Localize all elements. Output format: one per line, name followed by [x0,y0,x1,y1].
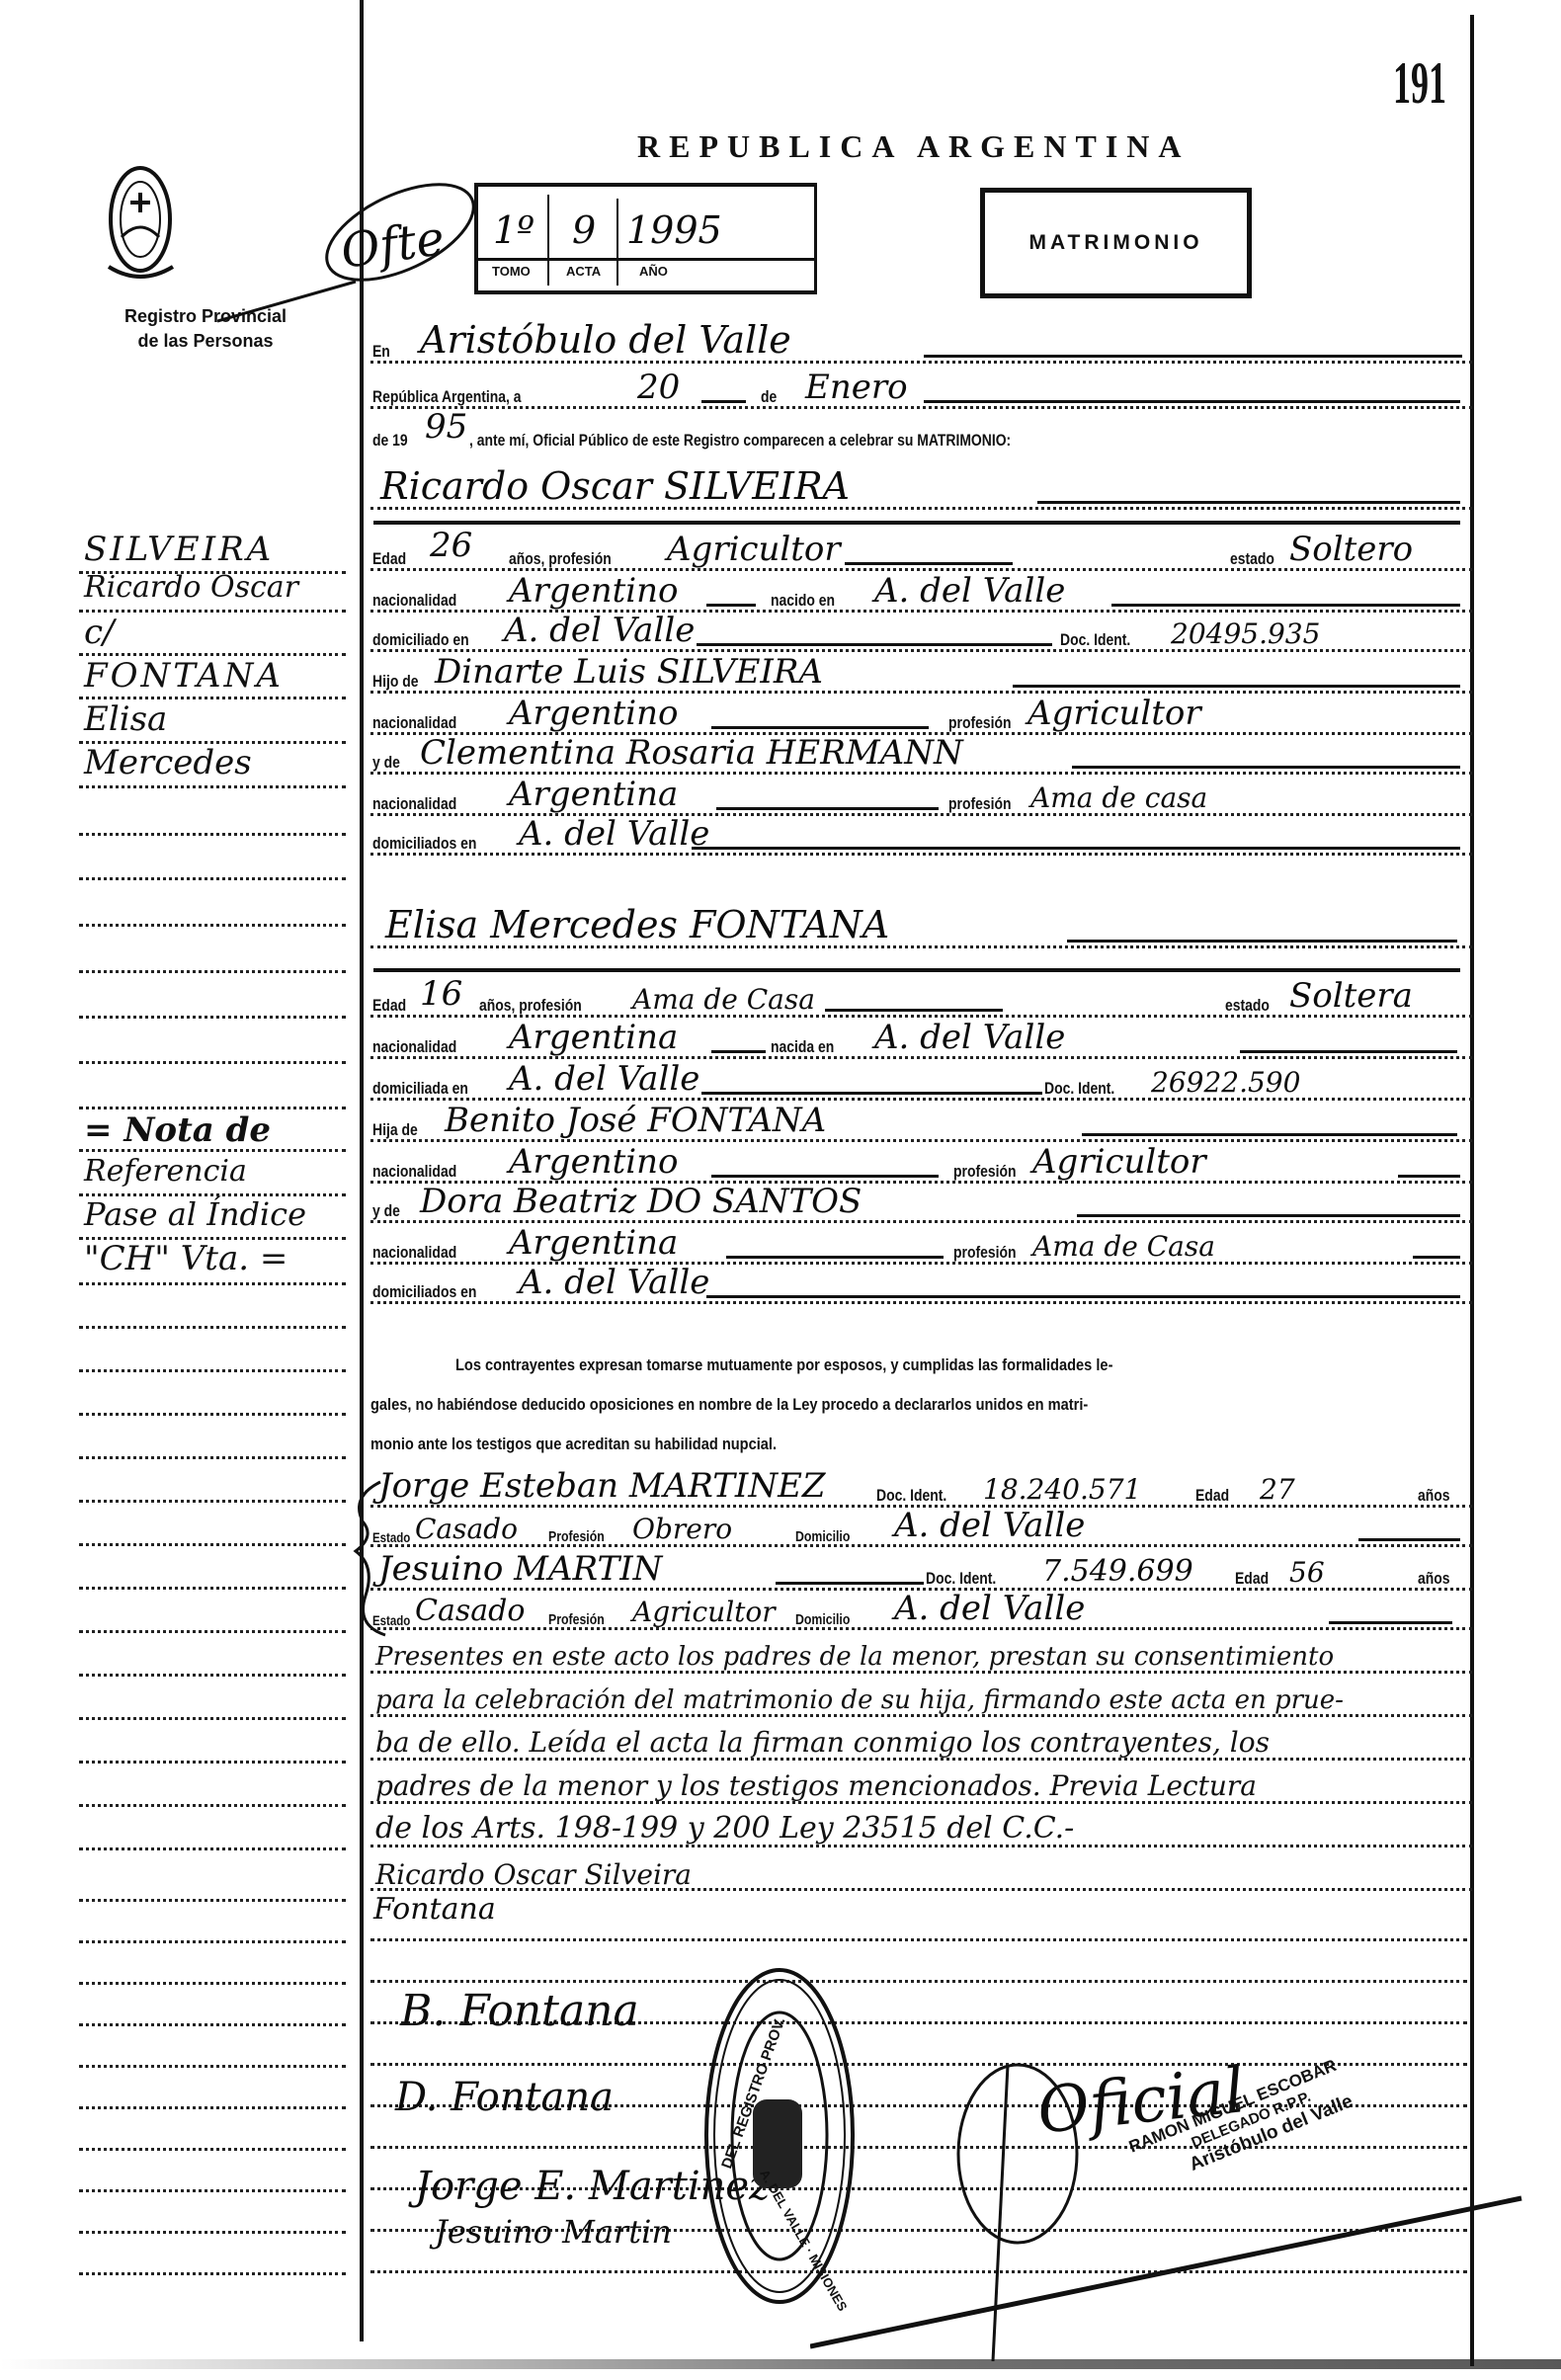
signature-2: B. Fontana [400,1986,639,2036]
hija-de-label: Hija de [372,1120,418,1140]
nacionalidad-label: nacionalidad [372,1037,456,1057]
declaration-line-1: Los contrayentes expresan tomarse mutuam… [370,1346,1462,1385]
bride-status: Soltera [1289,976,1413,1016]
profesion-label: profesión [948,794,1012,814]
acta-label: ACTA [566,264,601,279]
note-line-2: para la celebración del matrimonio de su… [370,1680,1472,1719]
hijo-de-label: Hijo de [372,672,418,692]
place-value: Aristóbulo del Valle [420,318,791,362]
groom-father-row: Hijo de Dinarte Luis SILVEIRA [370,656,1472,696]
signature-1: Fontana [373,1892,496,1927]
nacionalidad-label: nacionalidad [372,794,456,814]
bride-domicile: A. del Valle [509,1059,699,1099]
edad-label: Edad [372,996,406,1016]
groom-age-row: Edad 26 años, profesión Agricultor estad… [370,533,1472,573]
nacionalidad-label: nacionalidad [372,713,456,733]
groom-mother-row: y de Clementina Rosaria HERMANN [370,737,1472,777]
witness-1-status: Casado [415,1513,518,1545]
note-text-6: Ricardo Oscar Silveira [375,1858,692,1891]
bride-parents-domicile: A. del Valle [519,1263,709,1302]
republica-label: República Argentina, a [372,387,522,407]
tomo-value: 1º [493,208,534,252]
tomo-label: TOMO [492,264,531,279]
place-row: En Aristóbulo del Valle [370,326,1472,366]
groom-mother: Clementina Rosaria HERMANN [420,733,963,773]
note-line-1: Presentes en este acto los padres de la … [370,1636,1472,1676]
groom-birthplace: A. del Valle [874,571,1065,611]
anos-profesion-label: años, profesión [509,549,612,569]
day-value: 20 [637,368,680,407]
margin-divider [360,0,364,2341]
doc-ident-label: Doc. Ident. [876,1486,946,1506]
declaration-line-2: gales, no habiéndose deducido oposicione… [370,1385,1462,1425]
witness-2-name: Jesuino MARTIN [378,1549,662,1589]
declaration-line-3: monio ante los testigos que acreditan su… [370,1425,1462,1464]
groom-status: Soltero [1289,530,1413,569]
profesion-label: Profesión [548,1611,605,1628]
bride-mother-profession: Ama de Casa [1032,1230,1215,1263]
bride-nationality-row: nacionalidad Argentina nacida en A. del … [370,1022,1472,1061]
coat-of-arms-icon [104,158,178,287]
provincial-coat-of-arms [104,158,178,287]
bride-full-name: Elisa Mercedes FONTANA [385,903,889,946]
bride-father-row: Hija de Benito José FONTANA [370,1105,1472,1144]
ano-value: 1995 [626,208,722,252]
note-text-2: para la celebración del matrimonio de su… [375,1685,1344,1715]
groom-mother-profession: Ama de casa [1030,781,1207,814]
nacionalidad-label: nacionalidad [372,1243,456,1263]
bride-domicile-row: domiciliada en A. del Valle Doc. Ident. … [370,1063,1472,1103]
bride-father-profession: Agricultor [1032,1142,1206,1182]
margin-entry-5: Elisa [84,699,167,739]
groom-age: 26 [430,526,472,565]
record-type-box: MATRIMONIO [980,188,1252,298]
witness-2-doc-id: 7.549.699 [1042,1554,1193,1589]
witness-bracket-icon [351,1477,390,1640]
note-line-4: padres de la menor y los testigos mencio… [370,1766,1472,1806]
witness-2-age: 56 [1289,1556,1325,1589]
doc-ident-label: Doc. Ident. [926,1569,996,1589]
margin-entry-3: c/ [84,613,115,652]
bride-age: 16 [420,974,462,1014]
month-value: Enero [805,368,908,407]
country-title: REPUBLICA ARGENTINA [637,128,1191,165]
profesion-label: profesión [953,1162,1017,1182]
anos-profesion-label: años, profesión [479,996,582,1016]
groom-domicile: A. del Valle [504,611,695,650]
date-row: República Argentina, a 20 de Enero [370,371,1472,411]
y-de-label: y de [372,1201,400,1221]
edad-label: Edad [372,549,406,569]
witness-1-details-row: Estado Casado Profesión Obrero Domicilio… [370,1510,1472,1549]
year-row: de 19 95 , ante mí, Oficial Público de e… [370,415,1472,454]
declaration-paragraph: Los contrayentes expresan tomarse mutuam… [370,1346,1462,1464]
witness-1-age: 27 [1260,1473,1295,1506]
bride-name-row: Elisa Mercedes FONTANA [370,911,1472,950]
groom-father-nationality: Argentino [509,694,679,733]
appearance-statement: , ante mí, Oficial Público de este Regis… [469,431,1011,451]
profesion-label: Profesión [548,1528,605,1545]
doc-ident-label: Doc. Ident. [1044,1079,1114,1099]
domicilio-label: Domicilio [795,1611,850,1628]
estado-label: estado [1230,549,1274,569]
witness-2-details-row: Estado Casado Profesión Agricultor Domic… [370,1593,1472,1632]
bride-birthplace: A. del Valle [874,1018,1065,1057]
groom-parents-domicile: A. del Valle [519,814,709,854]
bride-father-details-row: nacionalidad Argentino profesión Agricul… [370,1146,1472,1186]
bride-nationality: Argentina [509,1018,678,1057]
margin-reference-2: Referencia [84,1154,247,1189]
signature-3: D. Fontana [395,2075,614,2120]
note-line-5: de los Arts. 198-199 y 200 Ley 23515 del… [370,1810,1472,1849]
ano-label: AÑO [639,264,668,279]
de-label: de [761,387,777,407]
signature-loop-icon [217,178,484,326]
page-number: 191 [1393,49,1446,118]
bride-father-nationality: Argentino [509,1142,679,1182]
witness-1-row: Jorge Esteban MARTINEZ Doc. Ident. 18.24… [370,1470,1472,1510]
witness-1-domicile: A. del Valle [894,1506,1085,1545]
anos-label: años [1418,1486,1450,1506]
domicilio-label: Domicilio [795,1528,850,1545]
groom-nationality-row: nacionalidad Argentino nacido en A. del … [370,575,1472,615]
margin-reference-1: = Nota de [84,1110,271,1150]
domiciliados-label: domiciliados en [372,1282,476,1302]
witness-2-row: Jesuino MARTIN Doc. Ident. 7.549.699 Eda… [370,1553,1472,1593]
estado-label: estado [1225,996,1270,1016]
witness-2-domicile: A. del Valle [894,1589,1085,1628]
margin-reference-3: Pase al Índice [84,1195,306,1233]
witness-2-status: Casado [415,1594,525,1628]
registry-line-2: de las Personas [77,329,334,354]
nacida-label: nacida en [771,1037,834,1057]
groom-father-details-row: nacionalidad Argentino profesión Agricul… [370,698,1472,737]
nacionalidad-label: nacionalidad [372,1162,456,1182]
note-line-3: ba de ello. Leída el acta la firman conm… [370,1723,1472,1763]
groom-nationality: Argentino [509,571,679,611]
bride-mother-nationality: Argentina [509,1223,678,1263]
groom-doc-id: 20495.935 [1171,617,1320,650]
domiciliados-label: domiciliados en [372,834,476,854]
groom-father-profession: Agricultor [1027,694,1201,733]
groom-mother-nationality: Argentina [509,775,678,814]
note-line-6: Ricardo Oscar Silveira [370,1853,1472,1893]
year-value: 95 [425,407,467,447]
groom-father: Dinarte Luis SILVEIRA [435,652,823,692]
bride-doc-id: 26922.590 [1151,1066,1300,1099]
groom-domicile-row: domiciliado en A. del Valle Doc. Ident. … [370,615,1472,654]
nacionalidad-label: nacionalidad [372,591,456,611]
bride-profession: Ama de Casa [632,983,815,1016]
edad-label: Edad [1195,1486,1229,1506]
witness-2-profession: Agricultor [632,1596,776,1628]
margin-reference-4: "CH" Vta. = [84,1239,288,1278]
groom-mother-details-row: nacionalidad Argentina profesión Ama de … [370,779,1472,818]
acta-value: 9 [572,208,596,252]
profesion-label: profesión [953,1243,1017,1263]
record-type-label: MATRIMONIO [1028,231,1202,255]
note-text-1: Presentes en este acto los padres de la … [375,1642,1334,1672]
official-signature-stroke-icon [810,2045,1531,2361]
nacido-label: nacido en [771,591,835,611]
domiciliada-label: domiciliada en [372,1079,468,1099]
margin-entry-2: Ricardo Oscar [84,570,298,605]
domiciliado-label: domiciliado en [372,630,469,650]
groom-name-row: Ricardo Oscar SILVEIRA [370,472,1472,512]
groom-full-name: Ricardo Oscar SILVEIRA [380,464,850,508]
note-text-3: ba de ello. Leída el acta la firman conm… [375,1726,1270,1759]
bride-parents-domicile-row: domiciliados en A. del Valle [370,1267,1472,1306]
en-label: En [372,342,390,362]
margin-entry-1: SILVEIRA [84,530,274,569]
margin-entry-4: FONTANA [84,656,284,696]
groom-parents-domicile-row: domiciliados en A. del Valle [370,818,1472,858]
year-prefix: de 19 [372,431,408,451]
groom-profession: Agricultor [667,530,841,569]
bride-age-row: Edad 16 años, profesión Ama de Casa esta… [370,980,1472,1020]
bride-mother-details-row: nacionalidad Argentina profesión Ama de … [370,1227,1472,1267]
witness-1-doc-id: 18.240.571 [983,1473,1141,1506]
doc-ident-label: Doc. Ident. [1060,630,1130,650]
margin-entry-6: Mercedes [84,743,252,782]
edad-label: Edad [1235,1569,1269,1589]
anos-label: años [1418,1569,1450,1589]
profesion-label: profesión [948,713,1012,733]
witness-1-profession: Obrero [632,1513,732,1545]
y-de-label: y de [372,753,400,773]
bride-father: Benito José FONTANA [445,1101,826,1140]
witness-1-name: Jorge Esteban MARTINEZ [378,1466,826,1506]
record-reference-box: 1º 9 1995 TOMO ACTA AÑO [474,183,817,294]
note-text-4: padres de la menor y los testigos mencio… [375,1769,1257,1802]
note-text-5: de los Arts. 198-199 y 200 Ley 23515 del… [375,1811,1074,1846]
signature-5: Jesuino Martin [435,2213,672,2251]
bride-mother: Dora Beatriz DO SANTOS [420,1182,862,1221]
bride-mother-row: y de Dora Beatriz DO SANTOS [370,1186,1472,1225]
